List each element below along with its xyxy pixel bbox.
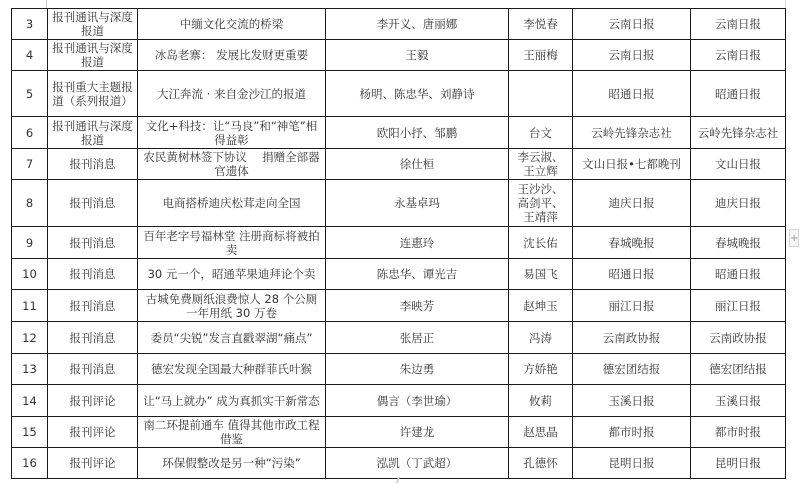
- table-row: 3 报刊通讯与深度报道 中缅文化交流的桥梁 李开义、唐丽娜 李悦春 云南日报 云…: [12, 9, 786, 40]
- row-number: 4: [12, 40, 48, 71]
- editor-cell: 冯涛: [509, 322, 573, 354]
- authors-cell: 许建龙: [326, 417, 509, 448]
- table-row: 10 报刊消息 30 元一个，昭通苹果迪拜论个卖 陈忠华、谭光吉 易国飞 昭通日…: [12, 259, 786, 290]
- table-row: 15 报刊评论 南二环提前通车 值得其他市政工程借鉴 许建龙 赵思晶 都市时报 …: [12, 417, 786, 448]
- editor-cell: 赵思晶: [509, 417, 573, 448]
- row-number: 14: [12, 385, 48, 417]
- publisher-cell: 云南日报: [573, 9, 691, 40]
- table-row: 5 报刊重大主题报道（系列报道） 大江奔流 · 来自金沙江的报道 杨明、陈忠华、…: [12, 71, 786, 117]
- table-row: 8 报刊消息 电商搭桥迪庆松茸走向全国 永基卓玛 王沙沙、高剑平、王靖萍 迪庆日…: [12, 180, 786, 227]
- table-row: 16 报刊评论 环保假整改是另一种“污染” 泓凯（丁武超） 孔德怀 昆明日报 昆…: [12, 448, 786, 479]
- editor-cell: 李悦春: [509, 9, 573, 40]
- recommender-cell: 昭通日报: [691, 71, 786, 117]
- table-row: 4 报刊通讯与深度报道 冰岛老寨： 发展比发财更重要 王毅 王丽梅 云南日报 云…: [12, 40, 786, 71]
- editor-cell: 方娇艳: [509, 354, 573, 385]
- recommender-cell: 云岭先锋杂志社: [691, 117, 786, 149]
- editor-cell: 沈长佑: [509, 227, 573, 259]
- recommender-cell: 云南日报: [691, 9, 786, 40]
- table-row: 7 报刊消息 农民黄树林签下协议 捐赠全部器官遗体 徐仕桓 李云淑、王立辉 文山…: [12, 149, 786, 180]
- authors-cell: 连惠玲: [326, 227, 509, 259]
- category-cell: 报刊消息: [48, 259, 138, 290]
- recommender-cell: 春城晚报: [691, 227, 786, 259]
- authors-cell: 张居正: [326, 322, 509, 354]
- title-cell: 文化+科技：让“马良”和“神笔”相得益彰: [138, 117, 326, 149]
- authors-cell: 徐仕桓: [326, 149, 509, 180]
- row-number: 6: [12, 117, 48, 149]
- table-row: 6 报刊通讯与深度报道 文化+科技：让“马良”和“神笔”相得益彰 欧阳小抒、邹鹏…: [12, 117, 786, 149]
- editor-cell: 赵坤玉: [509, 290, 573, 322]
- recommender-cell: 云南日报: [691, 40, 786, 71]
- category-cell: 报刊消息: [48, 290, 138, 322]
- publisher-cell: 玉溪日报: [573, 385, 691, 417]
- recommender-cell: 德宏团结报: [691, 354, 786, 385]
- category-cell: 报刊通讯与深度报道: [48, 117, 138, 149]
- authors-cell: 陈忠华、谭光吉: [326, 259, 509, 290]
- add-row-button[interactable]: +: [789, 229, 799, 247]
- authors-cell: 李开义、唐丽娜: [326, 9, 509, 40]
- editor-cell: [509, 71, 573, 117]
- row-number: 3: [12, 9, 48, 40]
- row-number: 9: [12, 227, 48, 259]
- row-number: 8: [12, 180, 48, 227]
- authors-cell: 泓凯（丁武超）: [326, 448, 509, 479]
- authors-cell: 朱边勇: [326, 354, 509, 385]
- editor-cell: 攸莉: [509, 385, 573, 417]
- table-row: 13 报刊消息 德宏发现全国最大种群菲氏叶猴 朱边勇 方娇艳 德宏团结报 德宏团…: [12, 354, 786, 385]
- title-cell: 冰岛老寨： 发展比发财更重要: [138, 40, 326, 71]
- recommender-cell: 云南政协报: [691, 322, 786, 354]
- title-cell: 让“马上就办” 成为真抓实干新常态: [138, 385, 326, 417]
- award-entries-table: 3 报刊通讯与深度报道 中缅文化交流的桥梁 李开义、唐丽娜 李悦春 云南日报 云…: [11, 8, 786, 479]
- category-cell: 报刊重大主题报道（系列报道）: [48, 71, 138, 117]
- editor-cell: 王沙沙、高剑平、王靖萍: [509, 180, 573, 227]
- category-cell: 报刊评论: [48, 385, 138, 417]
- publisher-cell: 文山日报•七都晚刊: [573, 149, 691, 180]
- publisher-cell: 昆明日报: [573, 448, 691, 479]
- authors-cell: 杨明、陈忠华、刘静诗: [326, 71, 509, 117]
- title-cell: 南二环提前通车 值得其他市政工程借鉴: [138, 417, 326, 448]
- page-margin-guide-left: [46, 0, 47, 8]
- category-cell: 报刊消息: [48, 322, 138, 354]
- recommender-cell: 文山日报: [691, 149, 786, 180]
- recommender-cell: 丽江日报: [691, 290, 786, 322]
- table-row: 11 报刊消息 古城免费厕纸浪费惊人 28 个公厕一年用纸 30 万卷 李映芳 …: [12, 290, 786, 322]
- recommender-cell: 昆明日报: [691, 448, 786, 479]
- recommender-cell: 迪庆日报: [691, 180, 786, 227]
- category-cell: 报刊消息: [48, 149, 138, 180]
- publisher-cell: 昭通日报: [573, 259, 691, 290]
- title-cell: 百年老字号福林堂 注册商标将被拍卖: [138, 227, 326, 259]
- authors-cell: 李映芳: [326, 290, 509, 322]
- category-cell: 报刊通讯与深度报道: [48, 9, 138, 40]
- publisher-cell: 云南日报: [573, 40, 691, 71]
- category-cell: 报刊消息: [48, 354, 138, 385]
- title-cell: 中缅文化交流的桥梁: [138, 9, 326, 40]
- title-cell: 环保假整改是另一种“污染”: [138, 448, 326, 479]
- editor-cell: 台文: [509, 117, 573, 149]
- title-cell: 30 元一个，昭通苹果迪拜论个卖: [138, 259, 326, 290]
- row-number: 13: [12, 354, 48, 385]
- row-number: 15: [12, 417, 48, 448]
- table-row: 9 报刊消息 百年老字号福林堂 注册商标将被拍卖 连惠玲 沈长佑 春城晚报 春城…: [12, 227, 786, 259]
- recommender-cell: 玉溪日报: [691, 385, 786, 417]
- authors-cell: 偶言（李世瑜）: [326, 385, 509, 417]
- row-number: 16: [12, 448, 48, 479]
- category-cell: 报刊评论: [48, 448, 138, 479]
- row-number: 5: [12, 71, 48, 117]
- page-margin-guide-right: [785, 0, 786, 8]
- authors-cell: 王毅: [326, 40, 509, 71]
- text-cursor-mark: [396, 477, 400, 483]
- publisher-cell: 昭通日报: [573, 71, 691, 117]
- editor-cell: 孔德怀: [509, 448, 573, 479]
- category-cell: 报刊消息: [48, 180, 138, 227]
- title-cell: 大江奔流 · 来自金沙江的报道: [138, 71, 326, 117]
- row-number: 7: [12, 149, 48, 180]
- category-cell: 报刊评论: [48, 417, 138, 448]
- editor-cell: 易国飞: [509, 259, 573, 290]
- category-cell: 报刊消息: [48, 227, 138, 259]
- title-cell: 农民黄树林签下协议 捐赠全部器官遗体: [138, 149, 326, 180]
- authors-cell: 永基卓玛: [326, 180, 509, 227]
- title-cell: 委员“尖锐”发言直戳翠湖“痛点”: [138, 322, 326, 354]
- publisher-cell: 丽江日报: [573, 290, 691, 322]
- title-cell: 德宏发现全国最大种群菲氏叶猴: [138, 354, 326, 385]
- recommender-cell: 都市时报: [691, 417, 786, 448]
- row-number: 11: [12, 290, 48, 322]
- publisher-cell: 云岭先锋杂志社: [573, 117, 691, 149]
- editor-cell: 李云淑、王立辉: [509, 149, 573, 180]
- table-row: 12 报刊消息 委员“尖锐”发言直戳翠湖“痛点” 张居正 冯涛 云南政协报 云南…: [12, 322, 786, 354]
- publisher-cell: 春城晚报: [573, 227, 691, 259]
- publisher-cell: 德宏团结报: [573, 354, 691, 385]
- editor-cell: 王丽梅: [509, 40, 573, 71]
- table-row: 14 报刊评论 让“马上就办” 成为真抓实干新常态 偶言（李世瑜） 攸莉 玉溪日…: [12, 385, 786, 417]
- recommender-cell: 昭通日报: [691, 259, 786, 290]
- row-number: 10: [12, 259, 48, 290]
- category-cell: 报刊通讯与深度报道: [48, 40, 138, 71]
- title-cell: 古城免费厕纸浪费惊人 28 个公厕一年用纸 30 万卷: [138, 290, 326, 322]
- authors-cell: 欧阳小抒、邹鹏: [326, 117, 509, 149]
- title-cell: 电商搭桥迪庆松茸走向全国: [138, 180, 326, 227]
- row-number: 12: [12, 322, 48, 354]
- publisher-cell: 云南政协报: [573, 322, 691, 354]
- publisher-cell: 迪庆日报: [573, 180, 691, 227]
- publisher-cell: 都市时报: [573, 417, 691, 448]
